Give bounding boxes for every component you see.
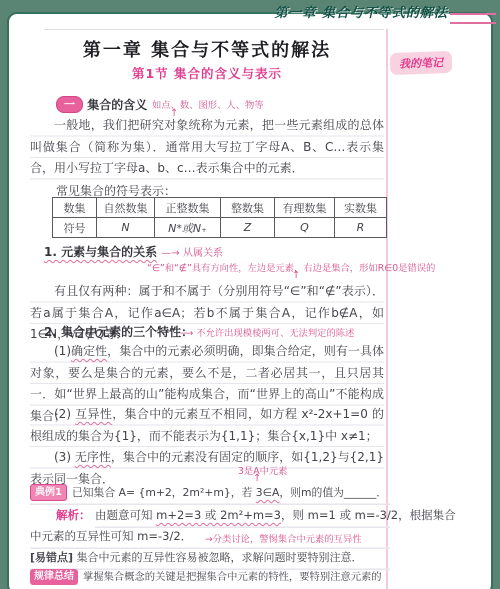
trait-term: 互异性 bbox=[75, 407, 112, 421]
summary-row: 规律总结掌握集合概念的关键是把握集合中元素的特性，要特别注意元素的 bbox=[30, 568, 390, 589]
section1-heading: 一 集合的含义 bbox=[56, 96, 147, 113]
definition-paragraph: 一般地，我们把研究对象统称为元素，把一些元素组成的总体叫做集合（简称为集）．通常… bbox=[30, 115, 384, 180]
section-number-badge: 一 bbox=[56, 96, 83, 113]
notebook-page: 第一章 集合与不等式的解法 我的笔记 第一章 集合与不等式的解法 第1节 集合的… bbox=[0, 0, 500, 589]
analysis-line1: 由题意可知 m+2=3 或 2m²+m=3，则 m=1 或 m=-3/2，根据集… bbox=[95, 507, 390, 528]
item-prefix: (1) bbox=[54, 344, 71, 358]
trait-determinacy-paragraph: (1)确定性，集合中的元素必须明确，即集合给定，则有一具体对象，要么是集合的元素… bbox=[30, 341, 384, 406]
running-chapter-header: 第一章 集合与不等式的解法 bbox=[274, 2, 448, 21]
item-prefix: (3) bbox=[54, 450, 75, 464]
table-cell: 整数集 bbox=[221, 198, 275, 218]
analysis-text: 由题意可知 bbox=[95, 508, 156, 522]
section-subtitle: 第1节 集合的含义与表示 bbox=[30, 64, 384, 82]
analysis-equations: m+2=3 或 2m²+m=3 bbox=[156, 508, 281, 522]
number-sets-table: 数集 自然数集 正整数集 整数集 有理数集 实数集 符号 N N*或N₊ Z Q… bbox=[52, 197, 387, 238]
table-cell: 数集 bbox=[53, 198, 97, 218]
trait-distinctness-paragraph: (2) 互异性，集合中的元素互不相同，如方程 x²-2x+1=0 的根组成的集合… bbox=[30, 404, 384, 448]
table-cell: N*或N₊ bbox=[155, 218, 221, 238]
question-key-term: 3∈A bbox=[256, 486, 280, 499]
arrow-note: —→ 从属关系 bbox=[161, 248, 223, 259]
table-cell: Q bbox=[275, 218, 335, 238]
question-text: ，则m的值为______． bbox=[279, 486, 387, 499]
table-cell: N bbox=[97, 218, 155, 238]
table-cell: 实数集 bbox=[335, 198, 387, 218]
example-badge: 典例1 bbox=[30, 484, 67, 501]
trait-term: 无序性 bbox=[75, 450, 111, 464]
table-symbol-row: 符号 N N*或N₊ Z Q R bbox=[53, 218, 387, 238]
table-cell: 正整数集 bbox=[155, 198, 221, 218]
trait-term: 确定性 bbox=[71, 344, 107, 358]
table-cell: 自然数集 bbox=[97, 198, 155, 218]
subsection1-heading-label: 1. 元素与集合的关系 bbox=[44, 245, 157, 259]
up-arrow-icon: ↑ bbox=[292, 270, 300, 281]
header-decorative-lines bbox=[450, 13, 496, 24]
question-text: 已知集合 A= {m+2，2m²+m}，若 bbox=[72, 486, 256, 499]
section1-heading-label: 集合的含义 bbox=[87, 98, 147, 112]
summary-badge: 规律总结 bbox=[30, 569, 78, 585]
example-annotation: 3是A中元素 bbox=[238, 463, 287, 477]
my-notes-tag: 我的笔记 bbox=[390, 51, 453, 75]
summary-text: 掌握集合概念的关键是把握集合中元素的特性，要特别注意元素的 bbox=[83, 571, 382, 583]
table-cell: 符号 bbox=[53, 218, 97, 238]
subsection2-heading: 2. 集合中元素的三个特性： bbox=[44, 323, 193, 340]
error-point-label: [易错点] bbox=[30, 551, 73, 564]
trait-unorderedness-paragraph: (3) 无序性，集合中的元素没有固定的顺序，如{1,2}与{2,1}表示同一集合… bbox=[30, 447, 384, 469]
top-rule-line bbox=[44, 29, 384, 30]
page-title: 第一章 集合与不等式的解法 bbox=[30, 36, 384, 62]
analysis-label: 解析： bbox=[56, 507, 91, 523]
table-cell: R bbox=[335, 218, 387, 238]
analysis-note: →分类讨论，警惕集合中元素的互异性 bbox=[205, 531, 362, 545]
error-point-row: [易错点] 集合中元素的互异性容易被忽略，求解问题时要特别注意． bbox=[30, 549, 390, 570]
relation-paragraph: 有且仅有两种：属于和不属于（分别用符号“∈”和“∉”表示）．若a属于集合A，记作… bbox=[30, 281, 384, 325]
error-point-text: 集合中元素的互异性容易被忽略，求解问题时要特别注意． bbox=[77, 551, 363, 564]
item-prefix: (2) bbox=[54, 407, 75, 421]
handwritten-annotation-examples: 如点、数、图形、人、物等 bbox=[152, 97, 264, 111]
traits-annotation: ⟶ 不允许出现模棱两可、无法判定的陈述 bbox=[180, 325, 354, 339]
table-header-row: 数集 自然数集 正整数集 整数集 有理数集 实数集 bbox=[53, 198, 387, 218]
margin-divider-line bbox=[386, 29, 388, 589]
analysis-text: ，则 m=1 或 m=-3/2，根据集合 bbox=[281, 508, 456, 522]
example-question-row: 典例1已知集合 A= {m+2，2m²+m}，若 3∈A，则m的值为______… bbox=[30, 484, 390, 505]
table-cell: Z bbox=[221, 218, 275, 238]
table-cell: 有理数集 bbox=[275, 198, 335, 218]
subsection1-heading: 1. 元素与集合的关系 —→ 从属关系 bbox=[44, 243, 223, 260]
up-arrow-icon: ↑ bbox=[253, 473, 261, 484]
